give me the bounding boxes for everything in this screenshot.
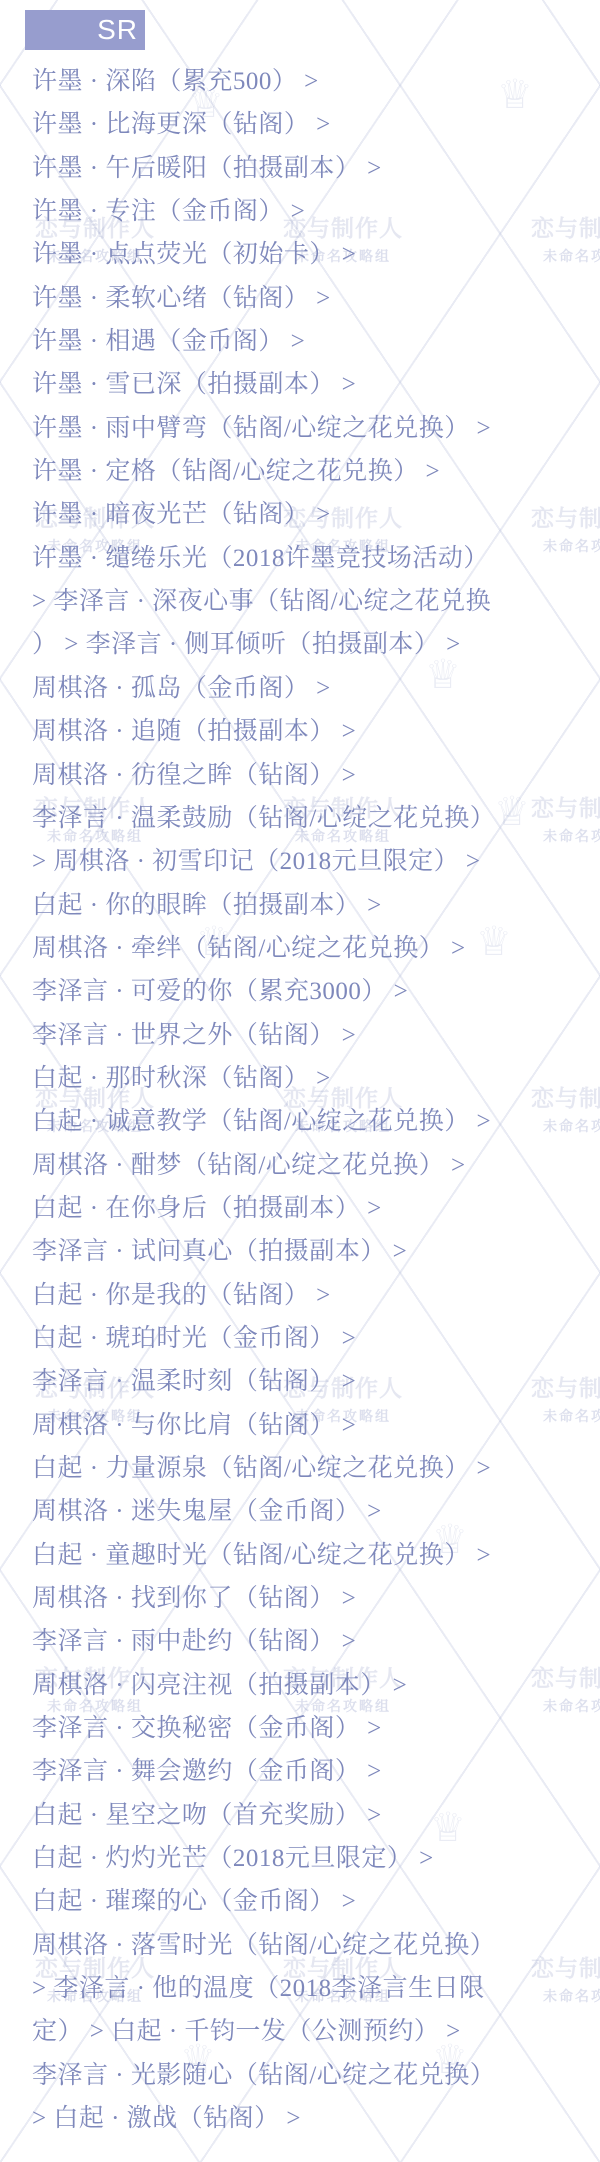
card-list-line[interactable]: 白起 · 灼灼光芒（2018元旦限定） > bbox=[32, 1837, 600, 1880]
card-list-line[interactable]: 李泽言 · 可爱的你（累充3000） > bbox=[32, 970, 600, 1013]
card-list-line[interactable]: 周棋洛 · 找到你了（钻阁） > bbox=[32, 1577, 600, 1620]
rarity-label: SR bbox=[97, 14, 138, 45]
card-list-line[interactable]: 许墨 · 点点荧光（初始卡） > bbox=[32, 233, 600, 276]
card-list-line[interactable]: ） > 李泽言 · 侧耳倾听（拍摄副本） > bbox=[32, 623, 600, 666]
card-list-line[interactable]: 周棋洛 · 追随（拍摄副本） > bbox=[32, 710, 600, 753]
card-list-line[interactable]: > 白起 · 激战（钻阁） > bbox=[32, 2097, 600, 2140]
card-list-line[interactable]: 许墨 · 雪已深（拍摄副本） > bbox=[32, 363, 600, 406]
card-list-line[interactable]: 白起 · 童趣时光（钻阁/心绽之花兑换） > bbox=[32, 1534, 600, 1577]
card-list-line[interactable]: 白起 · 你是我的（钻阁） > bbox=[32, 1274, 600, 1317]
card-list-line[interactable]: 许墨 · 专注（金币阁） > bbox=[32, 190, 600, 233]
card-list-line[interactable]: 白起 · 星空之吻（首充奖励） > bbox=[32, 1794, 600, 1837]
card-list-line[interactable]: 周棋洛 · 彷徨之眸（钻阁） > bbox=[32, 754, 600, 797]
card-list-line[interactable]: 周棋洛 · 牵绊（钻阁/心绽之花兑换） > bbox=[32, 927, 600, 970]
card-list-line[interactable]: 许墨 · 午后暖阳（拍摄副本） > bbox=[32, 147, 600, 190]
card-list-line[interactable]: > 周棋洛 · 初雪印记（2018元旦限定） > bbox=[32, 840, 600, 883]
card-list-line[interactable]: 李泽言 · 温柔时刻（钻阁） > bbox=[32, 1360, 600, 1403]
card-list-line[interactable]: 周棋洛 · 落雪时光（钻阁/心绽之花兑换） bbox=[32, 1924, 600, 1967]
card-list-line[interactable]: 白起 · 那时秋深（钻阁） > bbox=[32, 1057, 600, 1100]
card-list-line[interactable]: 许墨 · 定格（钻阁/心绽之花兑换） > bbox=[32, 450, 600, 493]
card-list-line[interactable]: 许墨 · 暗夜光芒（钻阁） > bbox=[32, 493, 600, 536]
sr-card-list-page: 恋与制作人未命名攻略组恋与制作人未命名攻略组恋与制作人未命名攻略组恋与制作人未命… bbox=[0, 0, 600, 2162]
card-list-line[interactable]: 周棋洛 · 与你比肩（钻阁） > bbox=[32, 1404, 600, 1447]
card-list-line[interactable]: 李泽言 · 温柔鼓励（钻阁/心绽之花兑换） bbox=[32, 797, 600, 840]
rarity-header-sr: SR bbox=[25, 10, 145, 50]
card-list-line[interactable]: 李泽言 · 舞会邀约（金币阁） > bbox=[32, 1750, 600, 1793]
card-list-line[interactable]: 许墨 · 缱绻乐光（2018许墨竞技场活动） bbox=[32, 537, 600, 580]
card-list-line[interactable]: 李泽言 · 世界之外（钻阁） > bbox=[32, 1014, 600, 1057]
card-list-line[interactable]: 白起 · 璀璨的心（金币阁） > bbox=[32, 1880, 600, 1923]
card-list-line[interactable]: 白起 · 你的眼眸（拍摄副本） > bbox=[32, 884, 600, 927]
card-list-line[interactable]: 周棋洛 · 孤岛（金币阁） > bbox=[32, 667, 600, 710]
card-list-line[interactable]: 白起 · 琥珀时光（金币阁） > bbox=[32, 1317, 600, 1360]
card-list-line[interactable]: > 李泽言 · 深夜心事（钻阁/心绽之花兑换 bbox=[32, 580, 600, 623]
card-list-line[interactable]: 定） > 白起 · 千钧一发（公测预约） > bbox=[32, 2010, 600, 2053]
card-list-line[interactable]: 李泽言 · 光影随心（钻阁/心绽之花兑换） bbox=[32, 2054, 600, 2097]
card-list-line[interactable]: 许墨 · 柔软心绪（钻阁） > bbox=[32, 277, 600, 320]
card-list-line[interactable]: 周棋洛 · 闪亮注视（拍摄副本） > bbox=[32, 1664, 600, 1707]
card-list-line[interactable]: 白起 · 在你身后（拍摄副本） > bbox=[32, 1187, 600, 1230]
card-list-line[interactable]: 李泽言 · 交换秘密（金币阁） > bbox=[32, 1707, 600, 1750]
card-list-line[interactable]: 周棋洛 · 迷失鬼屋（金币阁） > bbox=[32, 1490, 600, 1533]
card-list-line[interactable]: > 李泽言 · 他的温度（2018李泽言生日限 bbox=[32, 1967, 600, 2010]
card-list: 许墨 · 深陷（累充500） >许墨 · 比海更深（钻阁） >许墨 · 午后暖阳… bbox=[32, 60, 600, 2141]
card-list-line[interactable]: 周棋洛 · 酣梦（钻阁/心绽之花兑换） > bbox=[32, 1144, 600, 1187]
card-list-line[interactable]: 许墨 · 相遇（金币阁） > bbox=[32, 320, 600, 363]
card-list-line[interactable]: 许墨 · 比海更深（钻阁） > bbox=[32, 103, 600, 146]
card-list-line[interactable]: 李泽言 · 雨中赴约（钻阁） > bbox=[32, 1620, 600, 1663]
card-list-line[interactable]: 许墨 · 深陷（累充500） > bbox=[32, 60, 600, 103]
card-list-line[interactable]: 许墨 · 雨中臂弯（钻阁/心绽之花兑换） > bbox=[32, 407, 600, 450]
card-list-line[interactable]: 李泽言 · 试问真心（拍摄副本） > bbox=[32, 1230, 600, 1273]
card-list-line[interactable]: 白起 · 力量源泉（钻阁/心绽之花兑换） > bbox=[32, 1447, 600, 1490]
card-list-line[interactable]: 白起 · 诚意教学（钻阁/心绽之花兑换） > bbox=[32, 1100, 600, 1143]
